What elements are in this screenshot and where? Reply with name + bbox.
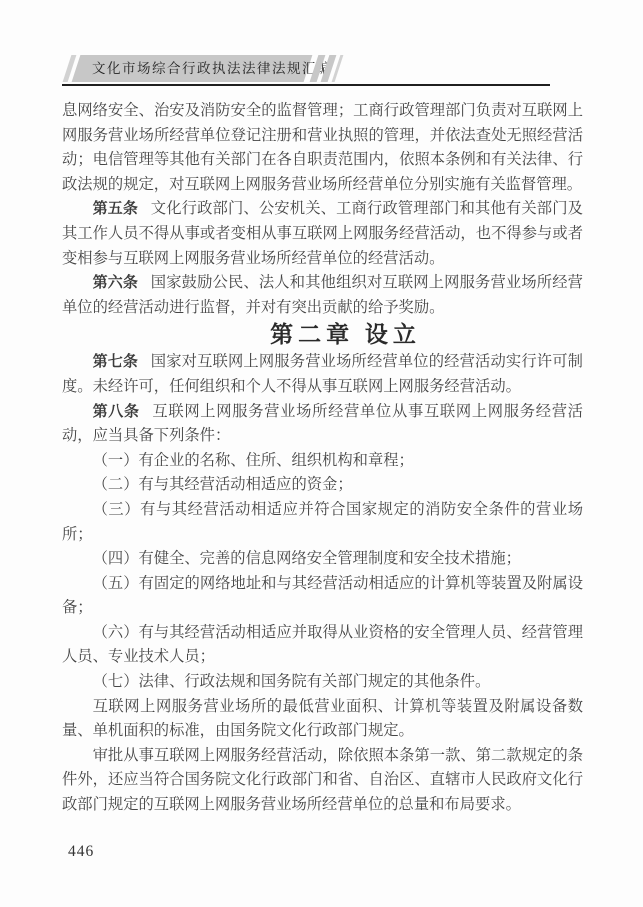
paragraph-text: （六）有与其经营活动相适应并取得从业资格的安全管理人员、经营管理人员、专业技术人…: [62, 624, 583, 666]
paragraph-text: 国家对互联网上网服务营业场所经营单位的经营活动实行许可制度。未经许可，任何组织和…: [62, 353, 583, 395]
article-paragraph: 第七条国家对互联网上网服务营业场所经营单位的经营活动实行许可制度。未经许可，任何…: [62, 350, 583, 399]
paragraph: 审批从事互联网上网服务经营活动，除依照本条第一款、第二款规定的条件外，还应当符合…: [62, 744, 583, 818]
article-paragraph: 第八条互联网上网服务营业场所经营单位从事互联网上网服务经营活动，应当具备下列条件…: [62, 400, 583, 449]
list-item-paragraph: （二）有与其经营活动相适应的资金；: [62, 473, 583, 498]
paragraph-text: （三）有与其经营活动相适应并符合国家规定的消防安全条件的营业场所；: [62, 501, 583, 543]
article-paragraph: 第五条文化行政部门、公安机关、工商行政管理部门和其他有关部门及其工作人员不得从事…: [62, 197, 583, 271]
article-number: 第五条: [93, 200, 138, 217]
chapter-heading: 第二章 设立: [62, 320, 583, 350]
article-paragraph: 第六条国家鼓励公民、法人和其他组织对互联网上网服务营业场所经营单位的经营活动进行…: [62, 271, 583, 320]
list-item-paragraph: （三）有与其经营活动相适应并符合国家规定的消防安全条件的营业场所；: [62, 498, 583, 547]
paragraph-text: 息网络安全、治安及消防安全的监督管理；工商行政管理部门负责对互联网上网服务营业场…: [62, 102, 583, 193]
list-item-paragraph: （六）有与其经营活动相适应并取得从业资格的安全管理人员、经营管理人员、专业技术人…: [62, 621, 583, 670]
article-number: 第六条: [93, 274, 138, 291]
page-number: 446: [68, 843, 94, 861]
document-page: 文化市场综合行政执法法律法规汇编 息网络安全、治安及消防安全的监督管理；工商行政…: [0, 0, 643, 907]
article-number: 第八条: [93, 403, 140, 420]
paragraph-text: 互联网上网服务营业场所经营单位从事互联网上网服务经营活动，应当具备下列条件：: [62, 403, 583, 445]
list-item-paragraph: （四）有健全、完善的信息网络安全管理制度和安全技术措施；: [62, 547, 583, 572]
list-item-paragraph: （一）有企业的名称、住所、组织机构和章程；: [62, 449, 583, 474]
header-divider-rule: [62, 84, 550, 86]
paragraph-text: （一）有企业的名称、住所、组织机构和章程；: [93, 452, 414, 469]
paragraph-text: 互联网上网服务营业场所的最低营业面积、计算机等装置及附属设备数量、单机面积的标准…: [62, 698, 583, 740]
page-header: 文化市场综合行政执法法律法规汇编: [0, 55, 643, 82]
document-body: 息网络安全、治安及消防安全的监督管理；工商行政管理部门负责对互联网上网服务营业场…: [62, 99, 583, 818]
article-number: 第七条: [93, 353, 138, 370]
header-title-band: 文化市场综合行政执法法律法规汇编: [72, 55, 313, 82]
paragraph: 互联网上网服务营业场所的最低营业面积、计算机等装置及附属设备数量、单机面积的标准…: [62, 695, 583, 744]
paragraph-text: （五）有固定的网络地址和与其经营活动相适应的计算机等装置及附属设备；: [62, 575, 583, 617]
paragraph-text: （四）有健全、完善的信息网络安全管理制度和安全技术措施；: [93, 550, 521, 567]
paragraph-text: 文化行政部门、公安机关、工商行政管理部门和其他有关部门及其工作人员不得从事或者变…: [62, 200, 583, 266]
list-item-paragraph: （七）法律、行政法规和国务院有关部门规定的其他条件。: [62, 670, 583, 695]
paragraph-text: 国家鼓励公民、法人和其他组织对互联网上网服务营业场所经营单位的经营活动进行监督，…: [62, 274, 583, 316]
paragraph-continuation: 息网络安全、治安及消防安全的监督管理；工商行政管理部门负责对互联网上网服务营业场…: [62, 99, 583, 197]
paragraph-text: （二）有与其经营活动相适应的资金；: [93, 476, 353, 493]
paragraph-text: 审批从事互联网上网服务经营活动，除依照本条第一款、第二款规定的条件外，还应当符合…: [62, 747, 583, 813]
paragraph-text: （七）法律、行政法规和国务院有关部门规定的其他条件。: [93, 673, 491, 690]
list-item-paragraph: （五）有固定的网络地址和与其经营活动相适应的计算机等装置及附属设备；: [62, 572, 583, 621]
book-title: 文化市场综合行政执法法律法规汇编: [76, 55, 308, 82]
